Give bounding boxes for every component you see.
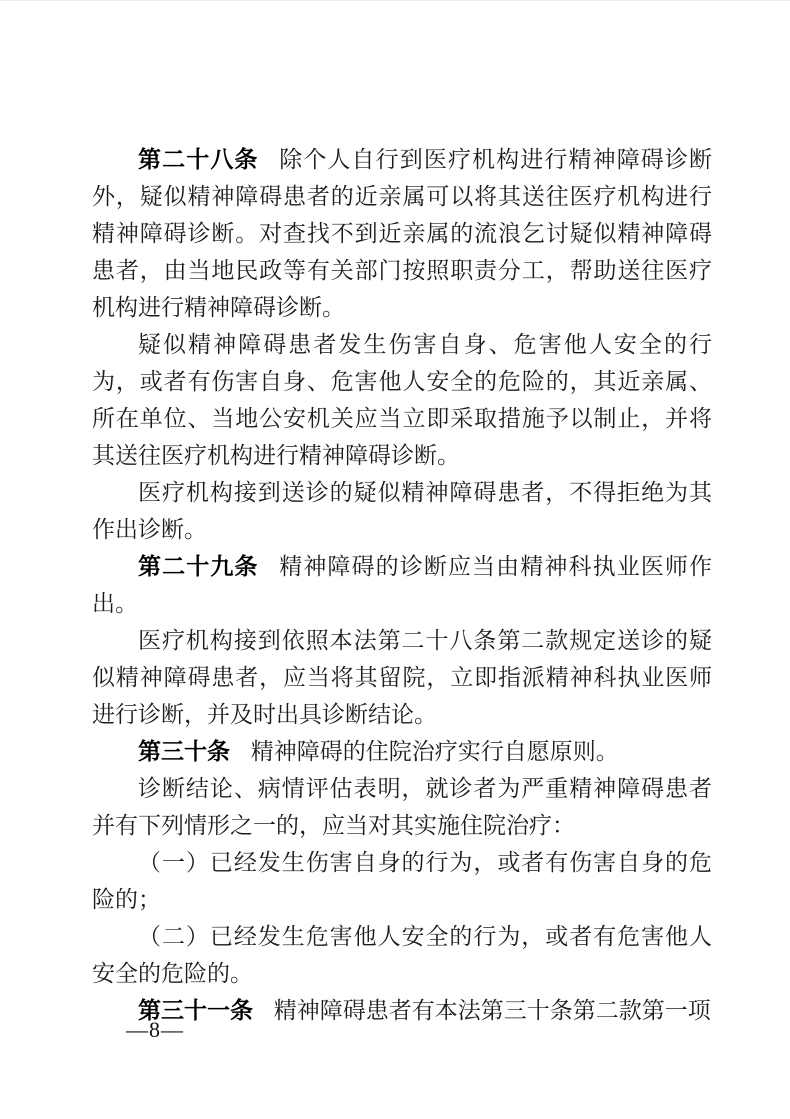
paragraph-text: 医疗机构接到送诊的疑似精神障碍患者，不得拒绝为其作出诊断。 — [92, 480, 712, 542]
article-paragraph: 第三十一条精神障碍患者有本法第三十条第二款第一项 — [92, 992, 712, 1029]
paragraph: 诊断结论、病情评估表明，就诊者为严重精神障碍患者并有下列情形之一的，应当对其实施… — [92, 770, 712, 844]
article-paragraph: 第二十八条除个人自行到医疗机构进行精神障碍诊断外，疑似精神障碍患者的近亲属可以将… — [92, 141, 712, 326]
paragraph: （一）已经发生伤害自身的行为，或者有伤害自身的危险的； — [92, 844, 712, 918]
paragraph-text: 疑似精神障碍患者发生伤害自身、危害他人安全的行为，或者有伤害自身、危害他人安全的… — [92, 332, 712, 468]
article-paragraph: 第三十条精神障碍的住院治疗实行自愿原则。 — [92, 733, 712, 770]
paragraph-text: 精神障碍患者有本法第三十条第二款第一项 — [274, 998, 711, 1023]
document-body: 第二十八条除个人自行到医疗机构进行精神障碍诊断外，疑似精神障碍患者的近亲属可以将… — [92, 141, 712, 1029]
document-page: 第二十八条除个人自行到医疗机构进行精神障碍诊断外，疑似精神障碍患者的近亲属可以将… — [0, 0, 790, 1119]
article-number: 第二十九条 — [138, 553, 259, 579]
paragraph-text: （二）已经发生危害他人安全的行为，或者有危害他人安全的危险的。 — [92, 924, 712, 986]
paragraph: （二）已经发生危害他人安全的行为，或者有危害他人安全的危险的。 — [92, 918, 712, 992]
paragraph-text: 医疗机构接到依照本法第二十八条第二款规定送诊的疑似精神障碍患者，应当将其留院，立… — [92, 628, 712, 727]
article-paragraph: 第二十九条精神障碍的诊断应当由精神科执业医师作出。 — [92, 548, 712, 622]
paragraph-text: 精神障碍的住院治疗实行自愿原则。 — [251, 739, 619, 764]
paragraph-text: 除个人自行到医疗机构进行精神障碍诊断外，疑似精神障碍患者的近亲属可以将其送往医疗… — [92, 147, 712, 320]
paragraph: 疑似精神障碍患者发生伤害自身、危害他人安全的行为，或者有伤害自身、危害他人安全的… — [92, 326, 712, 474]
paragraph-text: 诊断结论、病情评估表明，就诊者为严重精神障碍患者并有下列情形之一的，应当对其实施… — [92, 776, 712, 838]
paragraph: 医疗机构接到依照本法第二十八条第二款规定送诊的疑似精神障碍患者，应当将其留院，立… — [92, 622, 712, 733]
article-number: 第二十八条 — [138, 146, 259, 172]
paragraph: 医疗机构接到送诊的疑似精神障碍患者，不得拒绝为其作出诊断。 — [92, 474, 712, 548]
page-number: —8— — [126, 1017, 184, 1043]
paragraph-text: （一）已经发生伤害自身的行为，或者有伤害自身的危险的； — [92, 850, 712, 912]
article-number: 第三十条 — [138, 738, 230, 764]
